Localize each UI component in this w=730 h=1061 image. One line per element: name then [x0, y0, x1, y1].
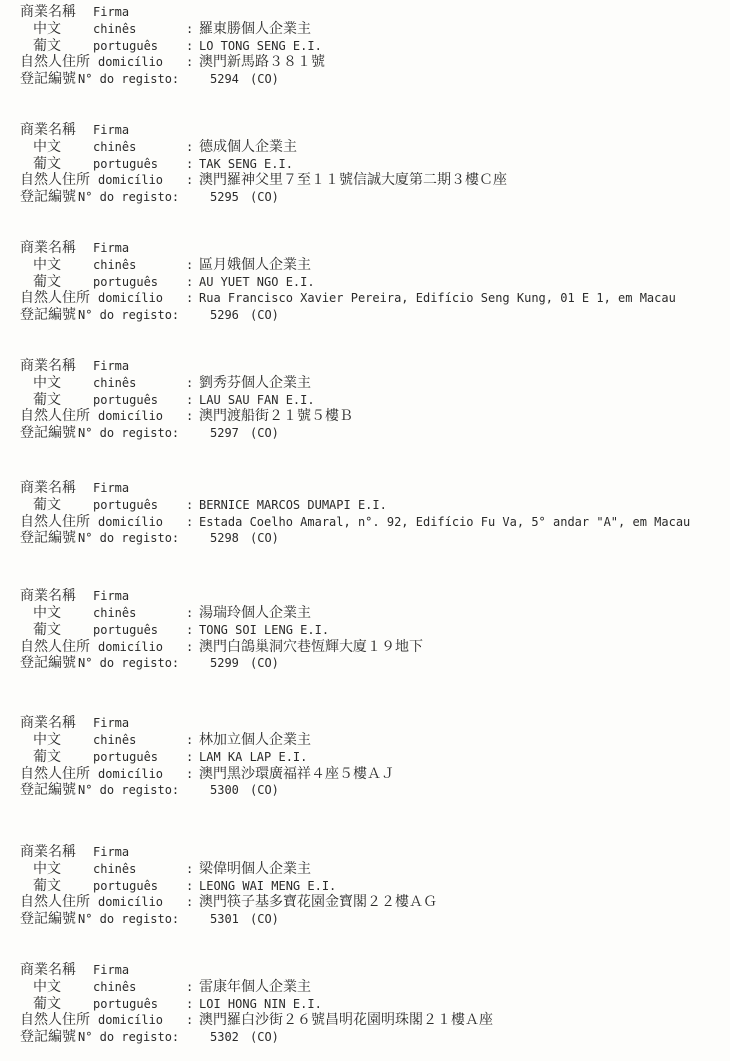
registo-label-zh: 登記編號 [20, 530, 78, 547]
domicile-value: Estada Coelho Amaral, n°. 92, Edifício F… [199, 514, 730, 531]
registration-number-row: 登記編號 N° do registo: 5296 (CO) [20, 307, 730, 324]
registry-record: 商業名稱 Firma 葡文 português : BERNICE MARCOS… [20, 480, 730, 547]
portuguese-label-pt: português [93, 878, 186, 895]
chinese-label-zh: 中文 [20, 139, 93, 156]
portuguese-label-zh: 葡文 [20, 996, 93, 1013]
portuguese-name-row: 葡文 português : LOI HONG NIN E.I. [20, 996, 730, 1013]
portuguese-label-pt: português [93, 749, 186, 766]
firma-label-pt: Firma [93, 358, 186, 375]
registo-label-pt: N° do registo: [78, 911, 210, 928]
registration-number-row: 登記編號 N° do registo: 5300 (CO) [20, 782, 730, 799]
portuguese-label-pt: português [93, 274, 186, 291]
registo-label-zh: 登記編號 [20, 911, 78, 928]
portuguese-label-pt: português [93, 497, 186, 514]
firma-label-zh: 商業名稱 [20, 358, 93, 375]
registry-record: 商業名稱 Firma 中文 chinês : 梁偉明個人企業主 葡文 portu… [20, 844, 730, 928]
registo-label-pt: N° do registo: [78, 782, 210, 799]
registration-number-row: 登記編號 N° do registo: 5294 (CO) [20, 71, 730, 88]
registration-number-row: 登記編號 N° do registo: 5302 (CO) [20, 1029, 730, 1046]
chinese-name-value: 湯瑞玲個人企業主 [199, 605, 730, 622]
firma-label-pt: Firma [93, 715, 186, 732]
registry-record: 商業名稱 Firma 中文 chinês : 德成個人企業主 葡文 portug… [20, 122, 730, 206]
colon-separator: : [186, 139, 199, 156]
firma-header-row: 商業名稱 Firma [20, 122, 730, 139]
registration-number-row: 登記編號 N° do registo: 5299 (CO) [20, 655, 730, 672]
portuguese-name-row: 葡文 português : LAU SAU FAN E.I. [20, 392, 730, 409]
firma-header-row: 商業名稱 Firma [20, 588, 730, 605]
registo-label-zh: 登記編號 [20, 71, 78, 88]
domicile-label-pt: domicílio [98, 1012, 186, 1029]
portuguese-label-zh: 葡文 [20, 497, 93, 514]
colon-separator: : [186, 749, 199, 766]
chinese-name-value: 德成個人企業主 [199, 139, 730, 156]
chinese-name-row: 中文 chinês : 德成個人企業主 [20, 139, 730, 156]
colon-separator: : [186, 274, 199, 291]
colon-separator: : [186, 979, 199, 996]
chinese-name-row: 中文 chinês : 梁偉明個人企業主 [20, 861, 730, 878]
registo-suffix: (CO) [250, 71, 279, 88]
registration-number-row: 登記編號 N° do registo: 5295 (CO) [20, 189, 730, 206]
domicile-label-pt: domicílio [98, 766, 186, 783]
firma-label-pt: Firma [93, 962, 186, 979]
registry-record: 商業名稱 Firma 中文 chinês : 羅東勝個人企業主 葡文 portu… [20, 4, 730, 88]
colon-separator: : [186, 732, 199, 749]
portuguese-label-zh: 葡文 [20, 622, 93, 639]
chinese-label-pt: chinês [93, 139, 186, 156]
domicile-label-zh: 自然人住所 [20, 514, 98, 531]
domicile-label-zh: 自然人住所 [20, 639, 98, 656]
registo-number-value: 5295 [210, 189, 250, 206]
registo-suffix: (CO) [250, 189, 279, 206]
colon-separator: : [186, 497, 199, 514]
registry-record: 商業名稱 Firma 中文 chinês : 區月娥個人企業主 葡文 portu… [20, 240, 730, 324]
chinese-name-row: 中文 chinês : 區月娥個人企業主 [20, 257, 730, 274]
colon-separator: : [186, 156, 199, 173]
chinese-label-zh: 中文 [20, 21, 93, 38]
chinese-label-zh: 中文 [20, 257, 93, 274]
portuguese-name-row: 葡文 português : AU YUET NGO E.I. [20, 274, 730, 291]
colon-separator: : [186, 172, 199, 189]
domicile-value: 澳門渡船街２１號５樓Ｂ [199, 408, 730, 425]
domicile-label-pt: domicílio [98, 54, 186, 71]
domicile-label-pt: domicílio [98, 290, 186, 307]
portuguese-label-zh: 葡文 [20, 38, 93, 55]
chinese-name-value: 雷康年個人企業主 [199, 979, 730, 996]
chinese-name-row: 中文 chinês : 劉秀芬個人企業主 [20, 375, 730, 392]
registration-number-row: 登記編號 N° do registo: 5298 (CO) [20, 530, 730, 547]
domicile-label-pt: domicílio [98, 639, 186, 656]
portuguese-name-row: 葡文 português : LAM KA LAP E.I. [20, 749, 730, 766]
registo-suffix: (CO) [250, 655, 279, 672]
firma-label-zh: 商業名稱 [20, 122, 93, 139]
firma-header-row: 商業名稱 Firma [20, 4, 730, 21]
chinese-label-zh: 中文 [20, 979, 93, 996]
domicile-label-pt: domicílio [98, 894, 186, 911]
portuguese-name-row: 葡文 português : TONG SOI LENG E.I. [20, 622, 730, 639]
chinese-name-row: 中文 chinês : 雷康年個人企業主 [20, 979, 730, 996]
registo-suffix: (CO) [250, 782, 279, 799]
domicile-row: 自然人住所 domicílio : Estada Coelho Amaral, … [20, 514, 730, 531]
firma-label-zh: 商業名稱 [20, 715, 93, 732]
registo-number-value: 5299 [210, 655, 250, 672]
registo-number-value: 5300 [210, 782, 250, 799]
firma-header-row: 商業名稱 Firma [20, 480, 730, 497]
firma-label-pt: Firma [93, 4, 186, 21]
registo-suffix: (CO) [250, 530, 279, 547]
colon-separator: : [186, 392, 199, 409]
domicile-value: 澳門黑沙環廣福祥４座５樓ＡＪ [199, 766, 730, 783]
portuguese-name-value: LAU SAU FAN E.I. [199, 392, 730, 409]
registo-number-value: 5298 [210, 530, 250, 547]
registo-label-zh: 登記編號 [20, 655, 78, 672]
portuguese-name-row: 葡文 português : TAK SENG E.I. [20, 156, 730, 173]
registry-record: 商業名稱 Firma 中文 chinês : 林加立個人企業主 葡文 portu… [20, 715, 730, 799]
portuguese-name-value: TAK SENG E.I. [199, 156, 730, 173]
portuguese-name-value: TONG SOI LENG E.I. [199, 622, 730, 639]
firma-label-zh: 商業名稱 [20, 480, 93, 497]
chinese-label-zh: 中文 [20, 861, 93, 878]
domicile-value: 澳門羅白沙街２６號昌明花園明珠閣２１樓Ａ座 [199, 1012, 730, 1029]
chinese-name-row: 中文 chinês : 湯瑞玲個人企業主 [20, 605, 730, 622]
registo-suffix: (CO) [250, 1029, 279, 1046]
portuguese-name-row: 葡文 português : LO TONG SENG E.I. [20, 38, 730, 55]
colon-separator: : [186, 21, 199, 38]
firma-label-pt: Firma [93, 480, 186, 497]
chinese-label-zh: 中文 [20, 375, 93, 392]
registry-record: 商業名稱 Firma 中文 chinês : 劉秀芬個人企業主 葡文 portu… [20, 358, 730, 442]
chinese-label-pt: chinês [93, 21, 186, 38]
registo-number-value: 5296 [210, 307, 250, 324]
firma-label-zh: 商業名稱 [20, 962, 93, 979]
registo-number-value: 5301 [210, 911, 250, 928]
chinese-name-value: 羅東勝個人企業主 [199, 21, 730, 38]
portuguese-name-value: AU YUET NGO E.I. [199, 274, 730, 291]
domicile-label-zh: 自然人住所 [20, 290, 98, 307]
portuguese-label-zh: 葡文 [20, 392, 93, 409]
firma-label-pt: Firma [93, 240, 186, 257]
chinese-name-value: 區月娥個人企業主 [199, 257, 730, 274]
registry-record: 商業名稱 Firma 中文 chinês : 雷康年個人企業主 葡文 portu… [20, 962, 730, 1046]
firma-header-row: 商業名稱 Firma [20, 844, 730, 861]
chinese-name-value: 梁偉明個人企業主 [199, 861, 730, 878]
registo-label-pt: N° do registo: [78, 425, 210, 442]
chinese-name-row: 中文 chinês : 羅東勝個人企業主 [20, 21, 730, 38]
registo-number-value: 5297 [210, 425, 250, 442]
registo-number-value: 5302 [210, 1029, 250, 1046]
colon-separator: : [186, 996, 199, 1013]
domicile-row: 自然人住所 domicílio : 澳門新馬路３８１號 [20, 54, 730, 71]
colon-separator: : [186, 38, 199, 55]
registo-label-zh: 登記編號 [20, 307, 78, 324]
colon-separator: : [186, 408, 199, 425]
chinese-label-zh: 中文 [20, 605, 93, 622]
chinese-label-pt: chinês [93, 861, 186, 878]
registo-label-zh: 登記編號 [20, 189, 78, 206]
registo-label-pt: N° do registo: [78, 307, 210, 324]
domicile-row: 自然人住所 domicílio : 澳門白鴿巢洞穴巷恆輝大廈１９地下 [20, 639, 730, 656]
domicile-row: 自然人住所 domicílio : 澳門黑沙環廣福祥４座５樓ＡＪ [20, 766, 730, 783]
domicile-value: 澳門新馬路３８１號 [199, 54, 730, 71]
colon-separator: : [186, 766, 199, 783]
domicile-row: 自然人住所 domicílio : 澳門羅神父里７至１１號信誠大廈第二期３樓Ｃ座 [20, 172, 730, 189]
colon-separator: : [186, 605, 199, 622]
firma-label-zh: 商業名稱 [20, 844, 93, 861]
firma-label-zh: 商業名稱 [20, 588, 93, 605]
registration-number-row: 登記編號 N° do registo: 5301 (CO) [20, 911, 730, 928]
registration-number-row: 登記編號 N° do registo: 5297 (CO) [20, 425, 730, 442]
firma-label-pt: Firma [93, 844, 186, 861]
records-container: 商業名稱 Firma 中文 chinês : 羅東勝個人企業主 葡文 portu… [20, 4, 730, 1046]
colon-separator: : [186, 54, 199, 71]
chinese-label-pt: chinês [93, 979, 186, 996]
registo-label-pt: N° do registo: [78, 655, 210, 672]
domicile-row: 自然人住所 domicílio : 澳門筷子基多寶花園金寶閣２２樓ＡＧ [20, 894, 730, 911]
chinese-label-pt: chinês [93, 257, 186, 274]
portuguese-label-pt: português [93, 156, 186, 173]
firma-header-row: 商業名稱 Firma [20, 962, 730, 979]
firma-label-zh: 商業名稱 [20, 240, 93, 257]
domicile-label-zh: 自然人住所 [20, 54, 98, 71]
colon-separator: : [186, 894, 199, 911]
chinese-label-pt: chinês [93, 605, 186, 622]
domicile-value: 澳門羅神父里７至１１號信誠大廈第二期３樓Ｃ座 [199, 172, 730, 189]
registo-label-zh: 登記編號 [20, 1029, 78, 1046]
colon-separator: : [186, 257, 199, 274]
registo-label-pt: N° do registo: [78, 530, 210, 547]
domicile-value: 澳門白鴿巢洞穴巷恆輝大廈１９地下 [199, 639, 730, 656]
chinese-name-value: 林加立個人企業主 [199, 732, 730, 749]
registo-suffix: (CO) [250, 911, 279, 928]
portuguese-label-pt: português [93, 392, 186, 409]
domicile-value: 澳門筷子基多寶花園金寶閣２２樓ＡＧ [199, 894, 730, 911]
firma-label-pt: Firma [93, 588, 186, 605]
portuguese-name-value: BERNICE MARCOS DUMAPI E.I. [199, 497, 730, 514]
firma-header-row: 商業名稱 Firma [20, 715, 730, 732]
registo-label-pt: N° do registo: [78, 189, 210, 206]
portuguese-name-row: 葡文 português : BERNICE MARCOS DUMAPI E.I… [20, 497, 730, 514]
chinese-label-pt: chinês [93, 375, 186, 392]
portuguese-label-zh: 葡文 [20, 274, 93, 291]
portuguese-label-zh: 葡文 [20, 878, 93, 895]
domicile-row: 自然人住所 domicílio : 澳門羅白沙街２６號昌明花園明珠閣２１樓Ａ座 [20, 1012, 730, 1029]
portuguese-name-value: LO TONG SENG E.I. [199, 38, 730, 55]
registo-number-value: 5294 [210, 71, 250, 88]
colon-separator: : [186, 375, 199, 392]
firma-header-row: 商業名稱 Firma [20, 358, 730, 375]
firma-label-zh: 商業名稱 [20, 4, 93, 21]
portuguese-name-value: LOI HONG NIN E.I. [199, 996, 730, 1013]
domicile-label-zh: 自然人住所 [20, 1012, 98, 1029]
domicile-label-zh: 自然人住所 [20, 408, 98, 425]
domicile-row: 自然人住所 domicílio : Rua Francisco Xavier P… [20, 290, 730, 307]
colon-separator: : [186, 622, 199, 639]
domicile-row: 自然人住所 domicílio : 澳門渡船街２１號５樓Ｂ [20, 408, 730, 425]
portuguese-label-pt: português [93, 996, 186, 1013]
chinese-name-row: 中文 chinês : 林加立個人企業主 [20, 732, 730, 749]
portuguese-label-zh: 葡文 [20, 156, 93, 173]
registo-label-pt: N° do registo: [78, 1029, 210, 1046]
registo-label-zh: 登記編號 [20, 425, 78, 442]
firma-header-row: 商業名稱 Firma [20, 240, 730, 257]
domicile-label-zh: 自然人住所 [20, 894, 98, 911]
domicile-value: Rua Francisco Xavier Pereira, Edifício S… [199, 290, 730, 307]
colon-separator: : [186, 639, 199, 656]
registo-label-zh: 登記編號 [20, 782, 78, 799]
registry-record: 商業名稱 Firma 中文 chinês : 湯瑞玲個人企業主 葡文 portu… [20, 588, 730, 672]
colon-separator: : [186, 290, 199, 307]
portuguese-label-zh: 葡文 [20, 749, 93, 766]
portuguese-name-row: 葡文 português : LEONG WAI MENG E.I. [20, 878, 730, 895]
colon-separator: : [186, 1012, 199, 1029]
portuguese-label-pt: português [93, 622, 186, 639]
portuguese-name-value: LAM KA LAP E.I. [199, 749, 730, 766]
colon-separator: : [186, 514, 199, 531]
registo-suffix: (CO) [250, 425, 279, 442]
registo-label-pt: N° do registo: [78, 71, 210, 88]
colon-separator: : [186, 878, 199, 895]
registo-suffix: (CO) [250, 307, 279, 324]
colon-separator: : [186, 861, 199, 878]
chinese-name-value: 劉秀芬個人企業主 [199, 375, 730, 392]
portuguese-label-pt: português [93, 38, 186, 55]
domicile-label-pt: domicílio [98, 514, 186, 531]
portuguese-name-value: LEONG WAI MENG E.I. [199, 878, 730, 895]
domicile-label-zh: 自然人住所 [20, 172, 98, 189]
chinese-label-zh: 中文 [20, 732, 93, 749]
chinese-label-pt: chinês [93, 732, 186, 749]
domicile-label-zh: 自然人住所 [20, 766, 98, 783]
document-page: 商業名稱 Firma 中文 chinês : 羅東勝個人企業主 葡文 portu… [0, 0, 730, 1061]
firma-label-pt: Firma [93, 122, 186, 139]
domicile-label-pt: domicílio [98, 172, 186, 189]
domicile-label-pt: domicílio [98, 408, 186, 425]
